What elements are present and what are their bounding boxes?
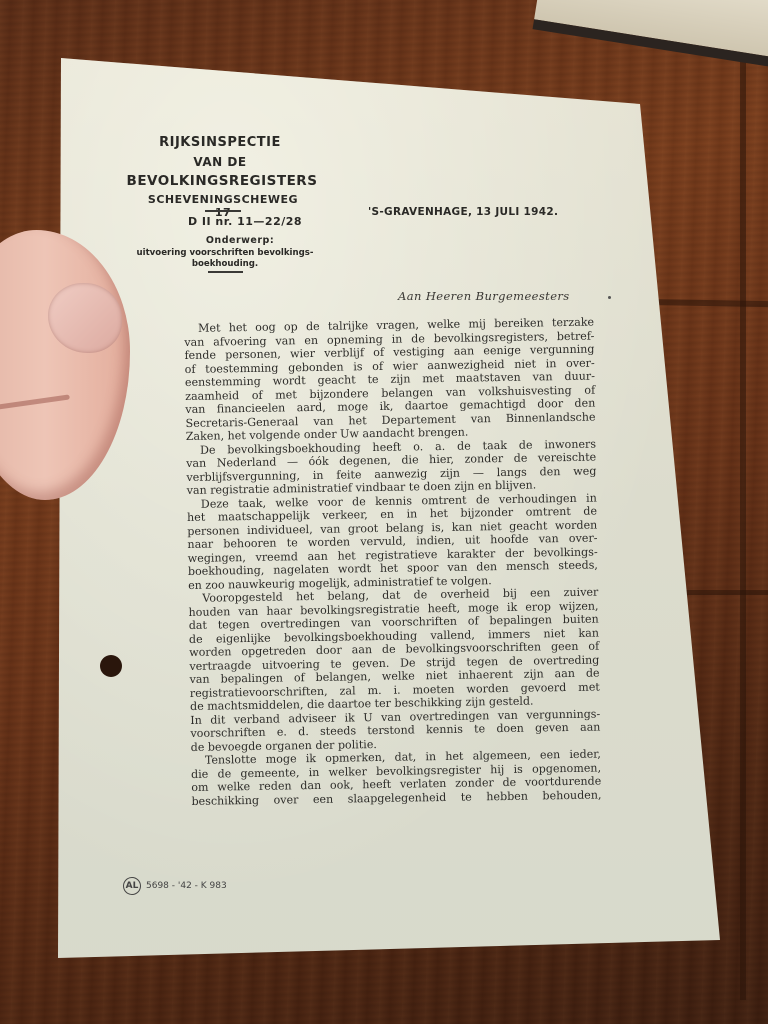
addressee: Aan Heeren Burgemeesters (398, 289, 570, 303)
printer-mark: AL 5698 - '42 - K 983 (123, 877, 227, 895)
thumbnail (48, 283, 122, 353)
print-code: 5698 - '42 - K 983 (146, 881, 227, 891)
subject-label: Onderwerp: (190, 235, 290, 246)
letterhead-van-de: VAN DE (170, 155, 270, 169)
subject-text: uitvoering voorschriften bevolkings- boe… (130, 248, 320, 270)
letterhead-divider (205, 210, 241, 212)
printer-logo-icon: AL (123, 877, 141, 895)
letterhead-registers: BEVOLKINGSREGISTERS (126, 173, 318, 189)
subject-line: boekhouding. (130, 259, 320, 270)
document-content: RIJKSINSPECTIE VAN DE BEVOLKINGSREGISTER… (0, 0, 768, 1024)
letterhead-agency: RIJKSINSPECTIE (150, 135, 290, 150)
reference-number: D II nr. 11—22/28 (185, 215, 305, 228)
letter-date: 'S-GRAVENHAGE, 13 JULI 1942. (368, 206, 558, 218)
paper-speck (608, 296, 611, 299)
punch-hole (100, 655, 122, 677)
letter-body: Met het oog op de talrijke vragen, welke… (184, 316, 602, 808)
subject-line: uitvoering voorschriften bevolkings- (130, 248, 320, 259)
subject-divider (208, 271, 243, 273)
